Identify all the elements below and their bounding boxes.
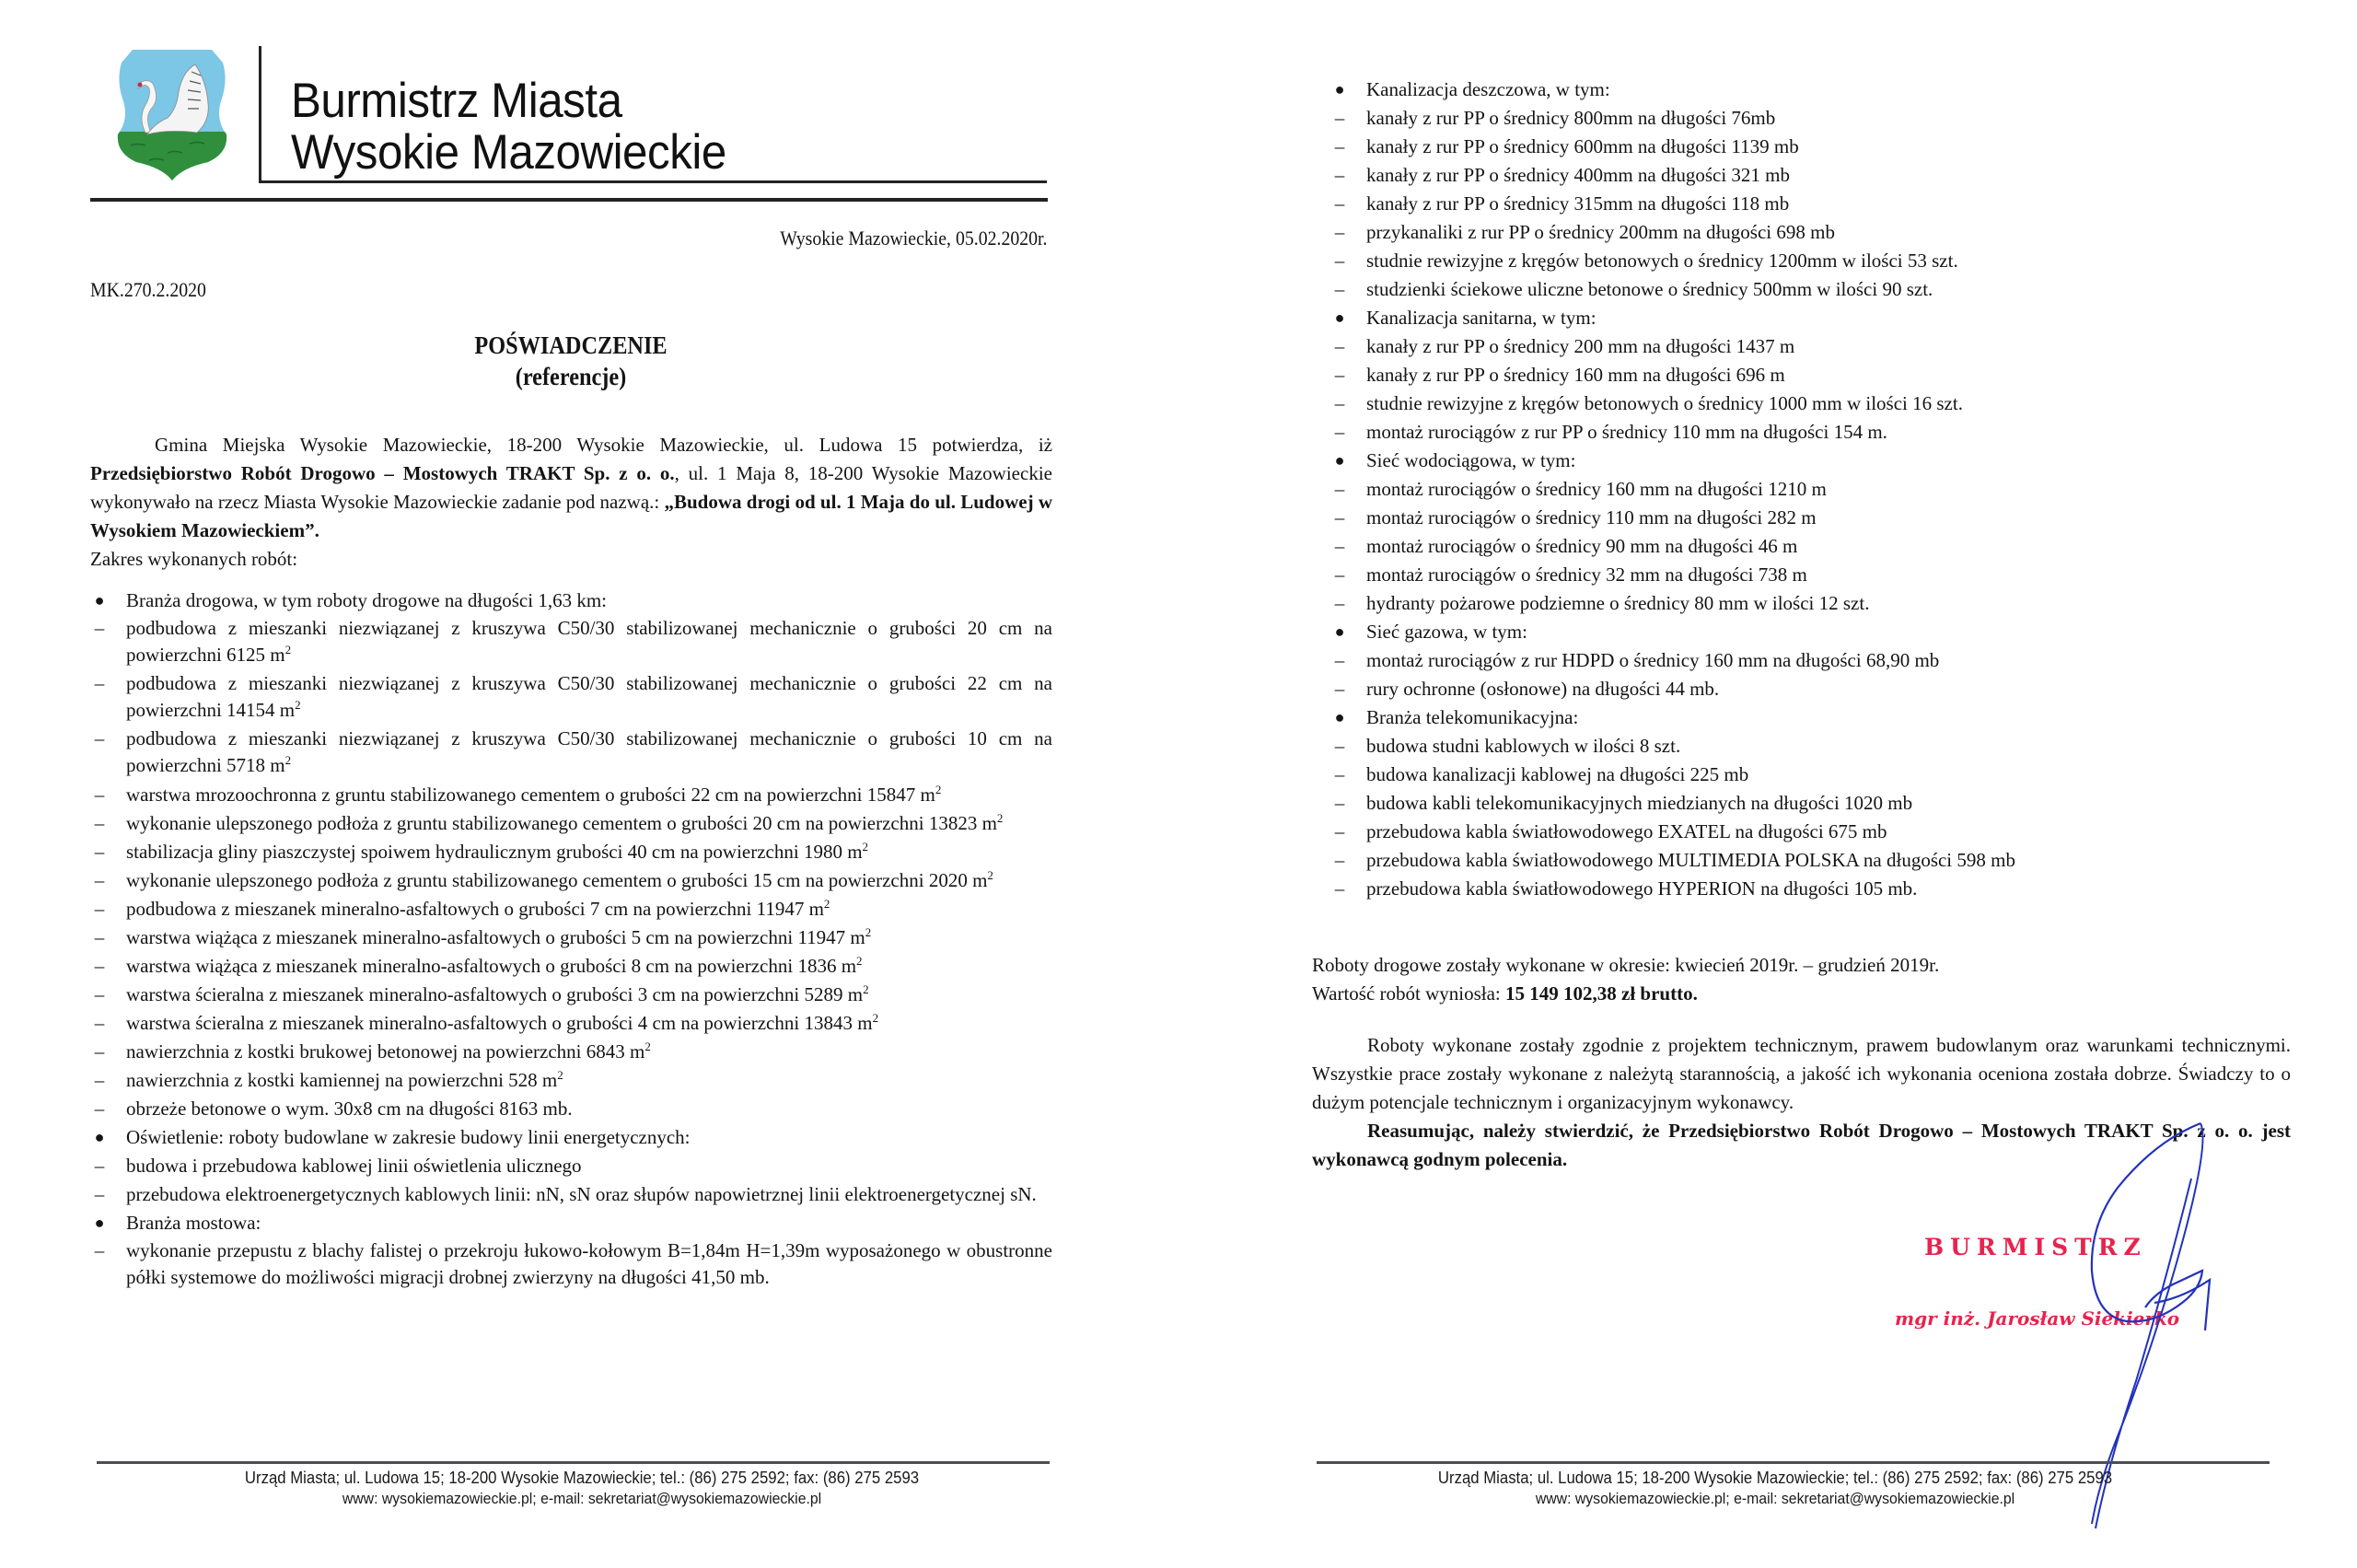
list-item: –montaż rurociągów o średnicy 32 mm na d… bbox=[1330, 561, 2251, 589]
list-item-text: montaż rurociągów z rur PP o średnicy 11… bbox=[1366, 421, 1887, 443]
title-sub: (referencje) bbox=[57, 361, 1085, 392]
issuer-title-line2: Wysokie Mazowieckie bbox=[291, 127, 726, 179]
dash-icon: – bbox=[90, 952, 109, 981]
bullet-icon: ● bbox=[90, 1123, 109, 1152]
list-item: –przebudowa kabla światłowodowego EXATEL… bbox=[1330, 818, 2251, 846]
list-item-text: warstwa wiążąca z mieszanek mineralno-as… bbox=[126, 926, 865, 948]
header-vertical-rule bbox=[259, 46, 261, 182]
footer-contact: www: wysokiemazowieckie.pl; e-mail: sekr… bbox=[34, 1490, 1130, 1508]
list-item-text: kanały z rur PP o średnicy 200 mm na dłu… bbox=[1366, 335, 1794, 357]
list-item-text: Kanalizacja deszczowa, w tym: bbox=[1366, 78, 1610, 100]
superscript: 2 bbox=[863, 982, 869, 996]
list-item-text: budowa i przebudowa kablowej linii oświe… bbox=[126, 1155, 582, 1177]
list-item: –studzienki ściekowe uliczne betonowe o … bbox=[1330, 275, 2251, 304]
list-item-text: Branża mostowa: bbox=[126, 1212, 261, 1234]
list-item-text: warstwa ścieralna z mieszanek mineralno-… bbox=[126, 1012, 873, 1034]
superscript: 2 bbox=[285, 643, 292, 656]
list-item: –nawierzchnia z kostki brukowej betonowe… bbox=[90, 1038, 1052, 1066]
superscript: 2 bbox=[295, 698, 301, 712]
superscript: 2 bbox=[935, 783, 942, 796]
list-item-text: nawierzchnia z kostki kamiennej na powie… bbox=[126, 1069, 557, 1091]
list-item: –wykonanie ulepszonego podłoża z gruntu … bbox=[90, 809, 1052, 838]
dash-icon: – bbox=[1330, 818, 1349, 846]
dash-icon: – bbox=[1330, 161, 1349, 190]
list-item-text: Kanalizacja sanitarna, w tym: bbox=[1366, 307, 1596, 329]
list-item-text: stabilizacja gliny piaszczystej spoiwem … bbox=[126, 841, 863, 863]
list-item: –studnie rewizyjne z kręgów betonowych o… bbox=[1330, 247, 2251, 275]
issuer-title: Burmistrz Miasta Wysokie Mazowieckie bbox=[291, 75, 726, 179]
scope-list-utilities: ●Kanalizacja deszczowa, w tym:–kanały z … bbox=[1330, 75, 2251, 903]
list-item-text: Branża telekomunikacyjna: bbox=[1366, 706, 1578, 728]
list-item: –budowa i przebudowa kablowej linii oświ… bbox=[90, 1152, 1052, 1180]
list-item: –warstwa mrozoochronna z gruntu stabiliz… bbox=[90, 781, 1052, 809]
dash-icon: – bbox=[1330, 561, 1349, 589]
list-item: –przebudowa elektroenergetycznych kablow… bbox=[90, 1180, 1052, 1209]
dash-icon: – bbox=[1330, 389, 1349, 418]
page-2: ●Kanalizacja deszczowa, w tym:–kanały z … bbox=[1178, 0, 2357, 1568]
dash-icon: – bbox=[1330, 275, 1349, 304]
superscript: 2 bbox=[285, 753, 292, 767]
title-main: POŚWIADCZENIE bbox=[57, 330, 1085, 361]
list-item-text: Branża drogowa, w tym roboty drogowe na … bbox=[126, 589, 607, 611]
list-item-text: studzienki ściekowe uliczne betonowe o ś… bbox=[1366, 278, 1933, 300]
list-item: –kanały z rur PP o średnicy 315mm na dłu… bbox=[1330, 190, 2251, 218]
list-item-text: przebudowa elektroenergetycznych kablowy… bbox=[126, 1183, 1037, 1205]
list-item-text: wykonanie ulepszonego podłoża z gruntu s… bbox=[126, 812, 997, 834]
footer-address: Urząd Miasta; ul. Ludowa 15; 18-200 Wyso… bbox=[1227, 1469, 2323, 1488]
list-item-text: montaż rurociągów z rur HDPD o średnicy … bbox=[1366, 649, 1939, 671]
list-item-text: rury ochronne (osłonowe) na długości 44 … bbox=[1366, 678, 1719, 700]
list-item-text: warstwa wiążąca z mieszanek mineralno-as… bbox=[126, 955, 856, 977]
dash-icon: – bbox=[1330, 532, 1349, 561]
superscript: 2 bbox=[824, 897, 830, 911]
list-item-text: montaż rurociągów o średnicy 90 mm na dł… bbox=[1366, 535, 1797, 557]
dash-icon: – bbox=[90, 1237, 109, 1264]
list-item-text: montaż rurociągów o średnicy 110 mm na d… bbox=[1366, 506, 1817, 528]
list-item: –kanały z rur PP o średnicy 600mm na dłu… bbox=[1330, 133, 2251, 161]
dash-icon: – bbox=[1330, 133, 1349, 161]
header-divider bbox=[90, 198, 1048, 202]
list-item: –montaż rurociągów o średnicy 160 mm na … bbox=[1330, 475, 2251, 504]
list-item-text: Oświetlenie: roboty budowlane w zakresie… bbox=[126, 1126, 691, 1148]
compliance-text: Roboty wykonane zostały zgodnie z projek… bbox=[1312, 1031, 2291, 1117]
list-item-text: przebudowa kabla światłowodowego HYPERIO… bbox=[1366, 877, 1917, 900]
footer-rule bbox=[1317, 1461, 2270, 1464]
list-item: –rury ochronne (osłonowe) na długości 44… bbox=[1330, 675, 2251, 703]
list-item: –kanały z rur PP o średnicy 800mm na dłu… bbox=[1330, 104, 2251, 133]
dash-icon: – bbox=[90, 1095, 109, 1123]
list-item-text: przebudowa kabla światłowodowego MULTIME… bbox=[1366, 849, 2015, 871]
header-rule bbox=[259, 180, 1047, 183]
dash-icon: – bbox=[90, 981, 109, 1009]
superscript: 2 bbox=[557, 1068, 563, 1082]
dash-icon: – bbox=[1330, 675, 1349, 703]
list-item: –hydranty pożarowe podziemne o średnicy … bbox=[1330, 589, 2251, 618]
conclusion: Roboty wykonane zostały zgodnie z projek… bbox=[1312, 1031, 2291, 1174]
list-section-heading: ●Branża drogowa, w tym roboty drogowe na… bbox=[90, 587, 1052, 615]
list-item: –montaż rurociągów o średnicy 90 mm na d… bbox=[1330, 532, 2251, 561]
list-item-text: Sieć gazowa, w tym: bbox=[1366, 621, 1527, 643]
dash-icon: – bbox=[90, 615, 109, 642]
dash-icon: – bbox=[90, 923, 109, 952]
list-item-text: montaż rurociągów o średnicy 160 mm na d… bbox=[1366, 478, 1827, 500]
list-item: –montaż rurociągów z rur PP o średnicy 1… bbox=[1330, 418, 2251, 447]
page-1: Burmistrz Miasta Wysokie Mazowieckie Wys… bbox=[0, 0, 1178, 1568]
list-item-text: kanały z rur PP o średnicy 160 mm na dłu… bbox=[1366, 364, 1785, 386]
swan-crest-icon bbox=[112, 44, 232, 182]
list-item-text: podbudowa z mieszanek mineralno-asfaltow… bbox=[126, 898, 824, 920]
list-item: –stabilizacja gliny piaszczystej spoiwem… bbox=[90, 838, 1052, 866]
list-item: –montaż rurociągów z rur HDPD o średnicy… bbox=[1330, 646, 2251, 675]
dash-icon: – bbox=[1330, 789, 1349, 818]
superscript: 2 bbox=[997, 811, 1004, 825]
dash-icon: – bbox=[1330, 589, 1349, 618]
list-item: –budowa studni kablowych w ilości 8 szt. bbox=[1330, 732, 2251, 761]
dash-icon: – bbox=[1330, 190, 1349, 218]
list-section-heading: ●Oświetlenie: roboty budowlane w zakresi… bbox=[90, 1123, 1052, 1152]
list-item-text: wykonanie ulepszonego podłoża z gruntu s… bbox=[126, 869, 987, 891]
list-item-text: Sieć wodociągowa, w tym: bbox=[1366, 449, 1575, 471]
superscript: 2 bbox=[863, 840, 869, 854]
list-item: –montaż rurociągów o średnicy 110 mm na … bbox=[1330, 504, 2251, 532]
document-title: POŚWIADCZENIE (referencje) bbox=[0, 330, 1142, 392]
list-item-text: budowa kanalizacji kablowej na długości … bbox=[1366, 763, 1748, 785]
bullet-icon: ● bbox=[1330, 304, 1349, 332]
superscript: 2 bbox=[644, 1040, 651, 1053]
list-item-text: montaż rurociągów o średnicy 32 mm na dł… bbox=[1366, 563, 1807, 586]
list-item-text: przebudowa kabla światłowodowego EXATEL … bbox=[1366, 820, 1887, 842]
list-item: –budowa kanalizacji kablowej na długości… bbox=[1330, 761, 2251, 789]
list-item: –kanały z rur PP o średnicy 160 mm na dł… bbox=[1330, 361, 2251, 389]
list-item-text: budowa kabli telekomunikacyjnych miedzia… bbox=[1366, 792, 1912, 814]
list-section-heading: ●Kanalizacja deszczowa, w tym: bbox=[1330, 75, 2251, 104]
list-item: –podbudowa z mieszanki niezwiązanej z kr… bbox=[90, 615, 1052, 668]
superscript: 2 bbox=[873, 1011, 879, 1025]
superscript: 2 bbox=[865, 925, 872, 939]
list-item-text: kanały z rur PP o średnicy 400mm na dług… bbox=[1366, 164, 1790, 186]
list-item-text: obrzeże betonowe o wym. 30x8 cm na długo… bbox=[126, 1098, 573, 1120]
stamp-title: BURMISTRZ bbox=[1924, 1234, 2147, 1260]
list-section-heading: ●Sieć wodociągowa, w tym: bbox=[1330, 447, 2251, 475]
dash-icon: – bbox=[90, 1066, 109, 1095]
list-item: –podbudowa z mieszanki niezwiązanej z kr… bbox=[90, 726, 1052, 779]
list-item-text: kanały z rur PP o średnicy 800mm na dług… bbox=[1366, 107, 1775, 129]
dash-icon: – bbox=[90, 1180, 109, 1209]
list-item-text: kanały z rur PP o średnicy 600mm na dług… bbox=[1366, 135, 1799, 157]
list-item: –podbudowa z mieszanki niezwiązanej z kr… bbox=[90, 670, 1052, 724]
list-item-text: nawierzchnia z kostki brukowej betonowej… bbox=[126, 1040, 644, 1063]
list-item: –wykonanie przepustu z blachy falistej o… bbox=[90, 1237, 1052, 1291]
list-item: –podbudowa z mieszanek mineralno-asfalto… bbox=[90, 895, 1052, 923]
list-item-text: studnie rewizyjne z kręgów betonowych o … bbox=[1366, 392, 1963, 414]
dash-icon: – bbox=[1330, 761, 1349, 789]
dash-icon: – bbox=[1330, 332, 1349, 361]
bullet-icon: ● bbox=[1330, 703, 1349, 732]
list-item: –warstwa wiążąca z mieszanek mineralno-a… bbox=[90, 923, 1052, 952]
list-item: –obrzeże betonowe o wym. 30x8 cm na dług… bbox=[90, 1095, 1052, 1123]
dash-icon: – bbox=[1330, 875, 1349, 903]
list-item: –nawierzchnia z kostki kamiennej na powi… bbox=[90, 1066, 1052, 1095]
list-item-text: przykanaliki z rur PP o średnicy 200mm n… bbox=[1366, 221, 1835, 243]
bullet-icon: ● bbox=[1330, 447, 1349, 475]
company-name: Przedsiębiorstwo Robót Drogowo – Mostowy… bbox=[90, 462, 675, 484]
list-item: –warstwa ścieralna z mieszanek mineralno… bbox=[90, 1009, 1052, 1038]
list-item: –przebudowa kabla światłowodowego MULTIM… bbox=[1330, 846, 2251, 875]
superscript: 2 bbox=[987, 868, 993, 882]
summary-period-value: Roboty drogowe zostały wykonane w okresi… bbox=[1312, 951, 2291, 1008]
dash-icon: – bbox=[90, 866, 109, 895]
dash-icon: – bbox=[1330, 218, 1349, 247]
dash-icon: – bbox=[90, 1038, 109, 1066]
footer-address: Urząd Miasta; ul. Ludowa 15; 18-200 Wyso… bbox=[34, 1469, 1130, 1488]
list-section-heading: ●Branża mostowa: bbox=[90, 1209, 1052, 1237]
dash-icon: – bbox=[90, 670, 109, 697]
list-item-text: kanały z rur PP o średnicy 315mm na dług… bbox=[1366, 192, 1789, 215]
dash-icon: – bbox=[1330, 732, 1349, 761]
list-item-text: wykonanie przepustu z blachy falistej o … bbox=[126, 1239, 1052, 1288]
bullet-icon: ● bbox=[1330, 75, 1349, 104]
recommendation-text: Reasumując, należy stwierdzić, że Przeds… bbox=[1312, 1120, 2291, 1170]
intro-text: Gmina Miejska Wysokie Mazowieckie, 18-20… bbox=[155, 434, 1052, 456]
scope-label: Zakres wykonanych robót: bbox=[90, 545, 1052, 574]
list-item: –budowa kabli telekomunikacyjnych miedzi… bbox=[1330, 789, 2251, 818]
list-section-heading: ●Sieć gazowa, w tym: bbox=[1330, 618, 2251, 646]
superscript: 2 bbox=[856, 954, 863, 968]
list-item-text: hydranty pożarowe podziemne o średnicy 8… bbox=[1366, 592, 1869, 614]
dash-icon: – bbox=[90, 838, 109, 866]
list-item-text: warstwa ścieralna z mieszanek mineralno-… bbox=[126, 983, 863, 1005]
list-item: –kanały z rur PP o średnicy 400mm na dłu… bbox=[1330, 161, 2251, 190]
dash-icon: – bbox=[90, 1152, 109, 1180]
dash-icon: – bbox=[1330, 418, 1349, 447]
bullet-icon: ● bbox=[90, 587, 109, 615]
list-item-text: studnie rewizyjne z kręgów betonowych o … bbox=[1366, 250, 1958, 272]
dash-icon: – bbox=[1330, 475, 1349, 504]
dash-icon: – bbox=[1330, 646, 1349, 675]
dash-icon: – bbox=[90, 781, 109, 809]
bullet-icon: ● bbox=[90, 1209, 109, 1237]
intro-paragraph: Gmina Miejska Wysokie Mazowieckie, 18-20… bbox=[90, 431, 1052, 574]
dash-icon: – bbox=[1330, 361, 1349, 389]
list-item-text: podbudowa z mieszanki niezwiązanej z kru… bbox=[126, 672, 1052, 721]
list-item-text: warstwa mrozoochronna z gruntu stabilizo… bbox=[126, 784, 935, 806]
list-item-text: budowa studni kablowych w ilości 8 szt. bbox=[1366, 735, 1680, 757]
period-text: Roboty drogowe zostały wykonane w okresi… bbox=[1312, 951, 2291, 980]
bullet-icon: ● bbox=[1330, 618, 1349, 646]
list-item-text: podbudowa z mieszanki niezwiązanej z kru… bbox=[126, 727, 1052, 776]
list-item: –studnie rewizyjne z kręgów betonowych o… bbox=[1330, 389, 2251, 418]
footer-rule bbox=[97, 1461, 1050, 1464]
list-item: –wykonanie ulepszonego podłoża z gruntu … bbox=[90, 866, 1052, 895]
list-section-heading: ●Branża telekomunikacyjna: bbox=[1330, 703, 2251, 732]
list-item: –kanały z rur PP o średnicy 200 mm na dł… bbox=[1330, 332, 2251, 361]
reference-number: MK.270.2.2020 bbox=[90, 278, 206, 302]
dash-icon: – bbox=[1330, 247, 1349, 275]
list-item: –warstwa wiążąca z mieszanek mineralno-a… bbox=[90, 952, 1052, 981]
issuer-title-line1: Burmistrz Miasta bbox=[291, 75, 726, 127]
date-line: Wysokie Mazowieckie, 05.02.2020r. bbox=[780, 226, 1047, 250]
dash-icon: – bbox=[90, 1009, 109, 1038]
list-section-heading: ●Kanalizacja sanitarna, w tym: bbox=[1330, 304, 2251, 332]
dash-icon: – bbox=[90, 895, 109, 923]
dash-icon: – bbox=[90, 809, 109, 838]
value-label: Wartość robót wyniosła: bbox=[1312, 982, 1505, 1005]
dash-icon: – bbox=[1330, 504, 1349, 532]
list-item: –warstwa ścieralna z mieszanek mineralno… bbox=[90, 981, 1052, 1009]
list-item-text: podbudowa z mieszanki niezwiązanej z kru… bbox=[126, 617, 1052, 666]
scope-list-road: ●Branża drogowa, w tym roboty drogowe na… bbox=[90, 587, 1052, 1293]
footer-contact: www: wysokiemazowieckie.pl; e-mail: sekr… bbox=[1227, 1490, 2323, 1508]
list-item: –przykanaliki z rur PP o średnicy 200mm … bbox=[1330, 218, 2251, 247]
value-amount: 15 149 102,38 zł brutto. bbox=[1505, 982, 1698, 1005]
stamp-name: mgr inż. Jarosław Siekierko bbox=[1895, 1307, 2179, 1330]
dash-icon: – bbox=[1330, 846, 1349, 875]
list-item: –przebudowa kabla światłowodowego HYPERI… bbox=[1330, 875, 2251, 903]
dash-icon: – bbox=[90, 726, 109, 752]
dash-icon: – bbox=[1330, 104, 1349, 133]
